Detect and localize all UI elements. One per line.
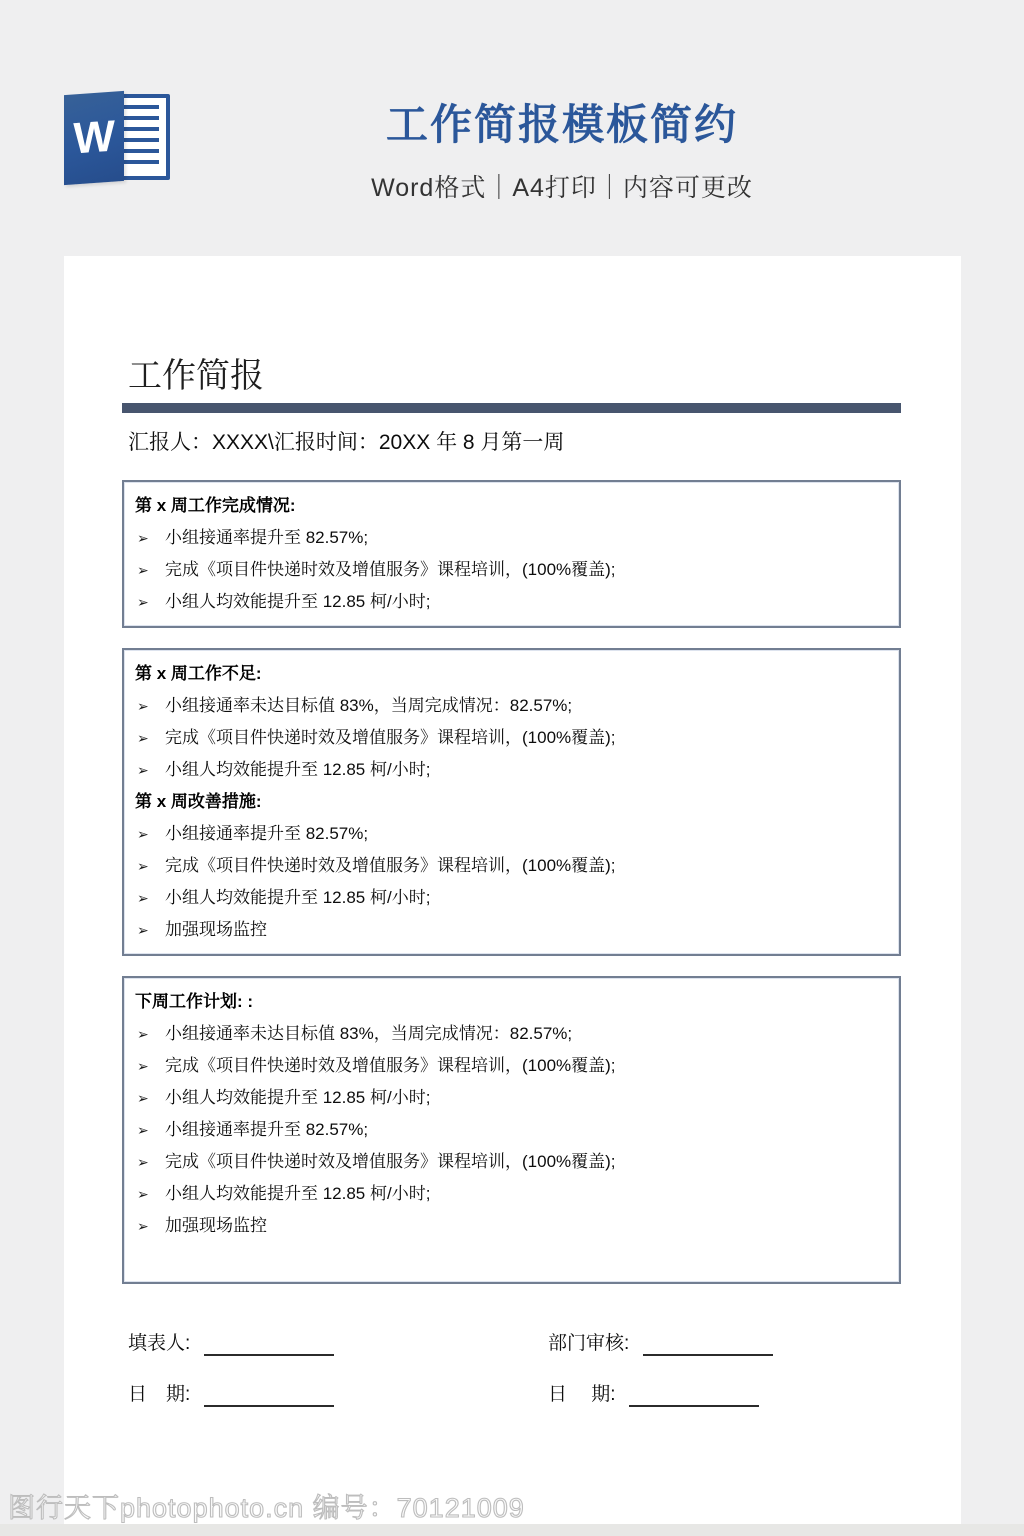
bullet-item-text: 小组接通率提升至 82.57%; <box>165 526 887 550</box>
arrow-bullet-icon: ➢ <box>135 558 165 582</box>
signature-blank-line <box>629 1383 759 1407</box>
content-box: 第 x 周工作不足:➢小组接通率未达目标值 83%，当周完成情况：82.57%;… <box>122 648 901 956</box>
bullet-item: ➢小组人均效能提升至 12.85 柯/小时; <box>135 758 887 782</box>
signature-area: 填表人: 部门审核: 日 期: 日 期: <box>128 1332 901 1407</box>
arrow-bullet-icon: ➢ <box>135 1054 165 1078</box>
bullet-item-text: 加强现场监控 <box>165 918 887 942</box>
bullet-item-text: 小组接通率提升至 82.57%; <box>165 822 887 846</box>
arrow-bullet-icon: ➢ <box>135 1086 165 1110</box>
signature-blank-line <box>204 1332 334 1356</box>
arrow-bullet-icon: ➢ <box>135 1182 165 1206</box>
title-divider-bar <box>122 403 901 413</box>
bullet-item: ➢小组人均效能提升至 12.85 柯/小时; <box>135 1182 887 1206</box>
bullet-item: ➢加强现场监控 <box>135 1214 887 1238</box>
bullet-item: ➢小组接通率未达目标值 83%，当周完成情况：82.57%; <box>135 1022 887 1046</box>
arrow-bullet-icon: ➢ <box>135 758 165 782</box>
signature-label: 填表人: <box>128 1332 196 1356</box>
signature-row: 日 期: 日 期: <box>128 1383 901 1407</box>
document-page: 工作简报 汇报人：XXXX\汇报时间：20XX 年 8 月第一周 第 x 周工作… <box>64 256 961 1528</box>
watermark-text: 图行天下photophoto.cn 编号：70121009 <box>8 1486 525 1525</box>
signature-field-dept-review: 部门审核: <box>548 1332 773 1356</box>
arrow-bullet-icon: ➢ <box>135 822 165 846</box>
arrow-bullet-icon: ➢ <box>135 1214 165 1238</box>
bullet-item-text: 小组人均效能提升至 12.85 柯/小时; <box>165 886 887 910</box>
bullet-item-text: 小组人均效能提升至 12.85 柯/小时; <box>165 1182 887 1206</box>
bullet-item-text: 小组人均效能提升至 12.85 柯/小时; <box>165 1086 887 1110</box>
bullet-item: ➢完成《项目件快递时效及增值服务》课程培训，(100%覆盖); <box>135 558 887 582</box>
banner-text: 工作简报模板简约 Word格式｜A4打印｜内容可更改 <box>100 92 1024 204</box>
bullet-item-text: 完成《项目件快递时效及增值服务》课程培训，(100%覆盖); <box>165 1054 887 1078</box>
bullet-item: ➢加强现场监控 <box>135 918 887 942</box>
bullet-item-text: 完成《项目件快递时效及增值服务》课程培训，(100%覆盖); <box>165 854 887 878</box>
bullet-item: ➢小组接通率未达目标值 83%，当周完成情况：82.57%; <box>135 694 887 718</box>
content-box: 下周工作计划: :➢小组接通率未达目标值 83%，当周完成情况：82.57%;➢… <box>122 976 901 1284</box>
section-heading: 第 x 周改善措施: <box>135 790 887 814</box>
bullet-item-text: 小组接通率提升至 82.57%; <box>165 1118 887 1142</box>
bullet-item-text: 完成《项目件快递时效及增值服务》课程培训，(100%覆盖); <box>165 1150 887 1174</box>
signature-field-filler: 填表人: <box>128 1332 548 1356</box>
bullet-item: ➢小组人均效能提升至 12.85 柯/小时; <box>135 1086 887 1110</box>
arrow-bullet-icon: ➢ <box>135 1118 165 1142</box>
bullet-item: ➢完成《项目件快递时效及增值服务》课程培训，(100%覆盖); <box>135 854 887 878</box>
signature-blank-line <box>643 1332 773 1356</box>
arrow-bullet-icon: ➢ <box>135 886 165 910</box>
bottom-strip <box>0 1524 1024 1536</box>
bullet-item-text: 小组人均效能提升至 12.85 柯/小时; <box>165 758 887 782</box>
bullet-item: ➢完成《项目件快递时效及增值服务》课程培训，(100%覆盖); <box>135 1054 887 1078</box>
arrow-bullet-icon: ➢ <box>135 590 165 614</box>
signature-field-date-right: 日 期: <box>548 1383 759 1407</box>
signature-field-date-left: 日 期: <box>128 1383 548 1407</box>
bullet-item-text: 完成《项目件快递时效及增值服务》课程培训，(100%覆盖); <box>165 726 887 750</box>
bullet-item: ➢完成《项目件快递时效及增值服务》课程培训，(100%覆盖); <box>135 726 887 750</box>
content-boxes: 第 x 周工作完成情况:➢小组接通率提升至 82.57%;➢完成《项目件快递时效… <box>122 480 901 1284</box>
arrow-bullet-icon: ➢ <box>135 854 165 878</box>
section-heading: 下周工作计划: : <box>135 990 887 1014</box>
bullet-item: ➢完成《项目件快递时效及增值服务》课程培训，(100%覆盖); <box>135 1150 887 1174</box>
bullet-item-text: 完成《项目件快递时效及增值服务》课程培训，(100%覆盖); <box>165 558 887 582</box>
bullet-item-text: 加强现场监控 <box>165 1214 887 1238</box>
arrow-bullet-icon: ➢ <box>135 526 165 550</box>
content-box: 第 x 周工作完成情况:➢小组接通率提升至 82.57%;➢完成《项目件快递时效… <box>122 480 901 628</box>
bullet-item: ➢小组人均效能提升至 12.85 柯/小时; <box>135 886 887 910</box>
bullet-item-text: 小组接通率未达目标值 83%，当周完成情况：82.57%; <box>165 694 887 718</box>
arrow-bullet-icon: ➢ <box>135 694 165 718</box>
arrow-bullet-icon: ➢ <box>135 726 165 750</box>
banner-title: 工作简报模板简约 <box>100 92 1024 152</box>
bullet-item-text: 小组人均效能提升至 12.85 柯/小时; <box>165 590 887 614</box>
signature-row: 填表人: 部门审核: <box>128 1332 901 1356</box>
signature-blank-line <box>204 1383 334 1407</box>
bullet-item-text: 小组接通率未达目标值 83%，当周完成情况：82.57%; <box>165 1022 887 1046</box>
signature-label: 日 期: <box>128 1383 196 1407</box>
banner: W 工作简报模板简约 Word格式｜A4打印｜内容可更改 <box>0 0 1024 255</box>
bullet-item: ➢小组接通率提升至 82.57%; <box>135 526 887 550</box>
bullet-item: ➢小组接通率提升至 82.57%; <box>135 822 887 846</box>
bullet-item: ➢小组人均效能提升至 12.85 柯/小时; <box>135 590 887 614</box>
arrow-bullet-icon: ➢ <box>135 918 165 942</box>
section-heading: 第 x 周工作不足: <box>135 662 887 686</box>
section-heading: 第 x 周工作完成情况: <box>135 494 887 518</box>
report-meta-line: 汇报人：XXXX\汇报时间：20XX 年 8 月第一周 <box>128 428 901 457</box>
signature-label: 日 期: <box>548 1383 621 1407</box>
arrow-bullet-icon: ➢ <box>135 1150 165 1174</box>
bullet-item: ➢小组接通率提升至 82.57%; <box>135 1118 887 1142</box>
banner-subtitle: Word格式｜A4打印｜内容可更改 <box>100 168 1024 204</box>
signature-label: 部门审核: <box>548 1332 635 1356</box>
arrow-bullet-icon: ➢ <box>135 1022 165 1046</box>
document-title: 工作简报 <box>128 356 901 396</box>
